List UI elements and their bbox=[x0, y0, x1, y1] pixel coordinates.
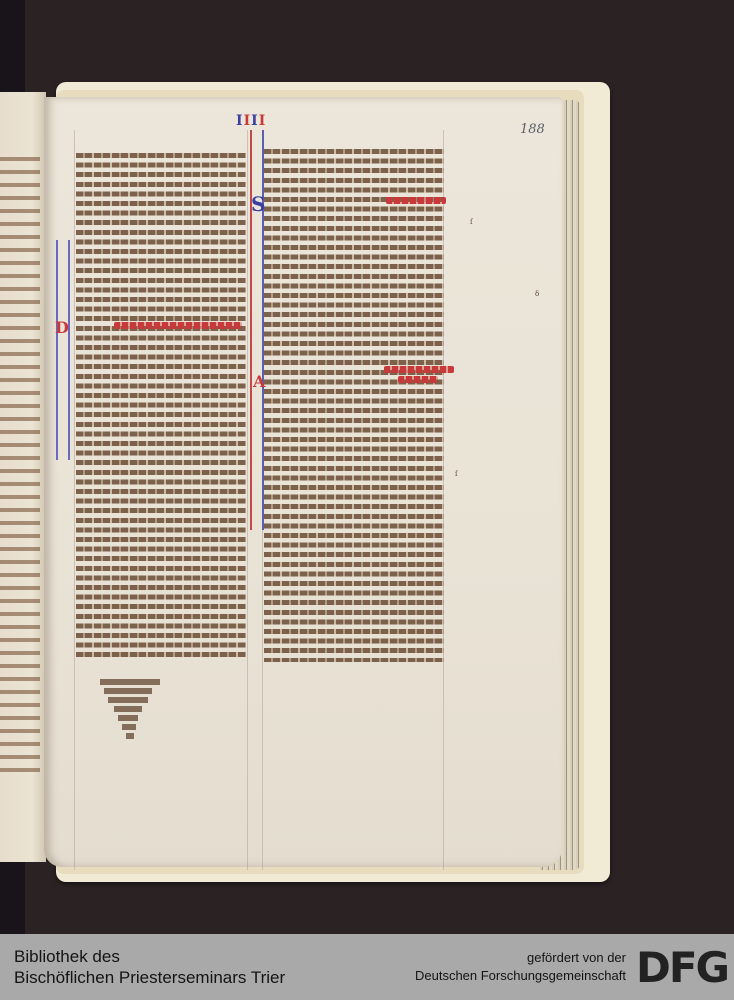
library-name: Bibliothek des Bischöflichen Priestersem… bbox=[14, 946, 285, 988]
funding-credit: gefördert von der Deutschen Forschungsge… bbox=[415, 949, 626, 985]
folio-number: 188 bbox=[520, 122, 545, 137]
decorated-initial-stem bbox=[250, 130, 264, 530]
rubric-right-3 bbox=[398, 376, 438, 383]
dfg-logo: DFG bbox=[636, 950, 728, 986]
initial-a: A bbox=[253, 372, 265, 391]
manuscript-photo: 188 IIII S A D ſ ẟ ſ bbox=[0, 0, 734, 934]
running-head: IIII bbox=[236, 113, 266, 129]
left-facing-page bbox=[0, 92, 46, 862]
text-column-left bbox=[76, 150, 246, 662]
text-column-right bbox=[264, 146, 444, 662]
rubric-right-1 bbox=[386, 197, 446, 204]
marginal-note: ẟ bbox=[535, 290, 539, 298]
lower-margin-note bbox=[100, 676, 180, 742]
footer-banner: Bibliothek des Bischöflichen Priestersem… bbox=[0, 934, 734, 1000]
rubric-right-2 bbox=[384, 366, 454, 373]
ruling-line bbox=[74, 130, 75, 870]
left-page-text bbox=[0, 152, 40, 772]
ruling-line bbox=[247, 130, 248, 870]
left-margin-initial bbox=[56, 240, 70, 460]
initial-s: S bbox=[251, 192, 265, 216]
initial-d: D bbox=[55, 318, 69, 337]
marginal-note: ſ bbox=[455, 470, 458, 478]
rubric-left bbox=[114, 322, 242, 329]
marginal-note: ſ bbox=[470, 218, 473, 226]
